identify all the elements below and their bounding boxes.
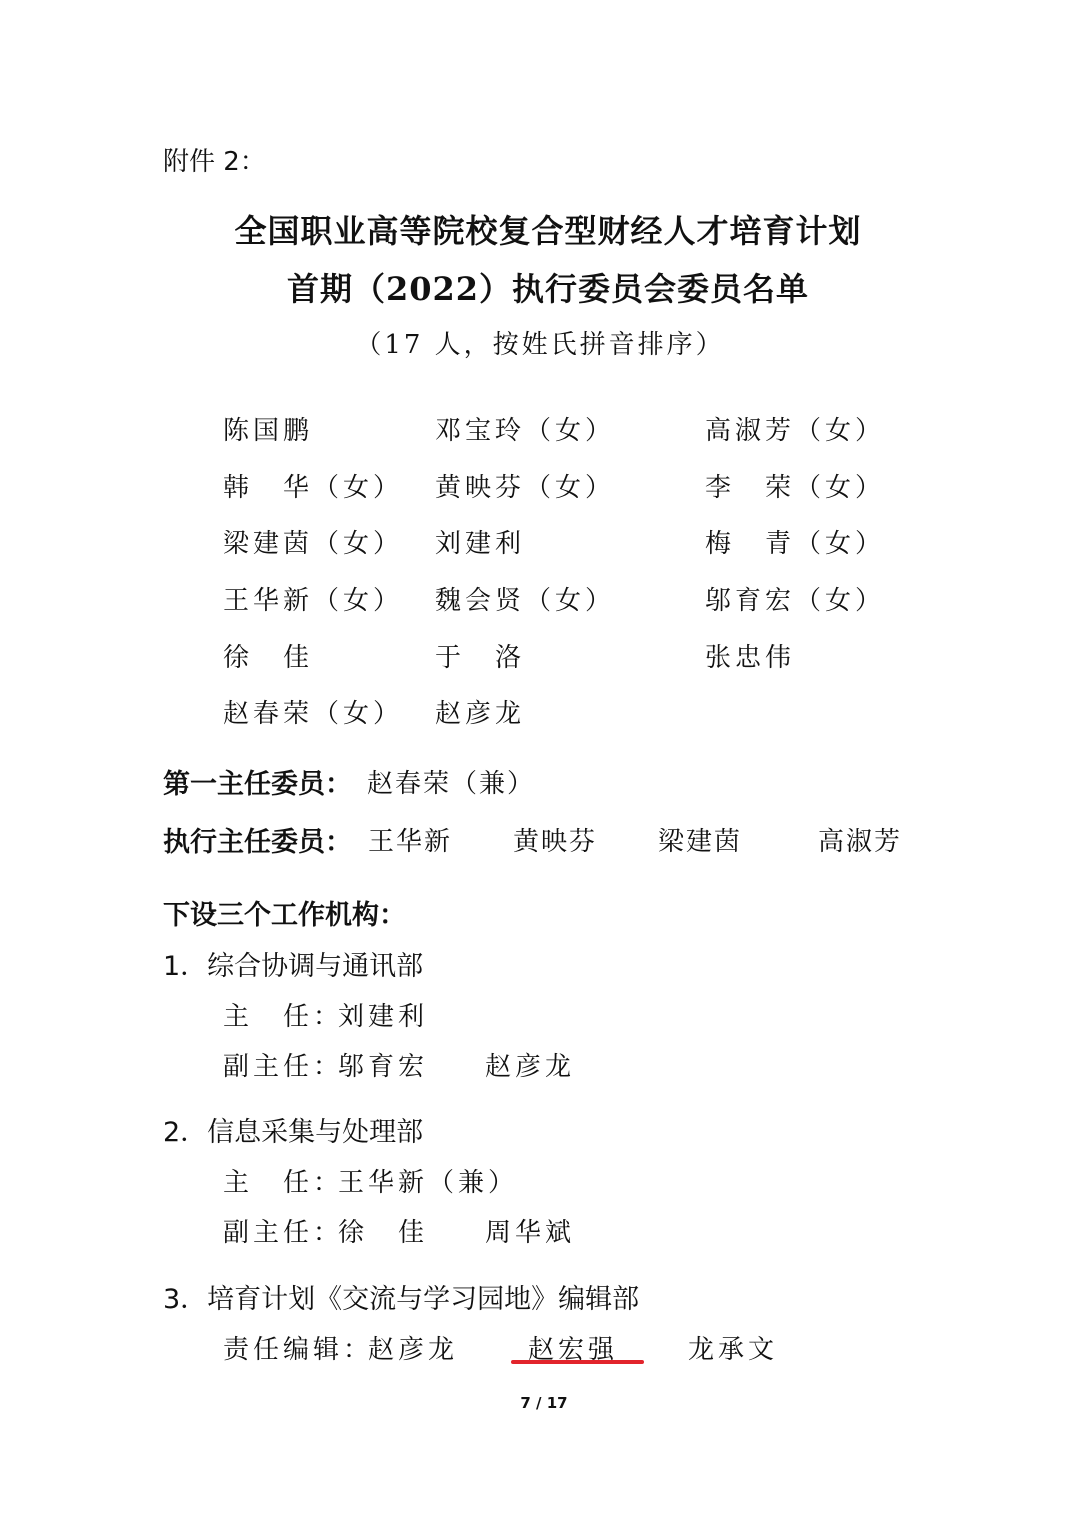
member-name: 梁建茵（女） — [223, 523, 403, 560]
director-label: 主 任： — [223, 1162, 343, 1199]
department-title: 1．综合协调与通讯部 — [163, 944, 423, 983]
document-title-line1: 全国职业高等院校复合型财经人才培育计划 — [0, 206, 1080, 252]
exec-chair-label: 执行主任委员： — [163, 820, 352, 859]
member-name: 徐 佳 — [223, 637, 313, 674]
document-title-line2: 首期（2022）执行委员会委员名单 — [0, 264, 1080, 310]
deputy-name: 周华斌 — [485, 1212, 575, 1249]
member-name: 邓宝玲（女） — [435, 410, 615, 447]
red-underline-annotation — [511, 1360, 644, 1364]
director-name: 王华新（兼） — [338, 1162, 518, 1199]
first-chair-value: 赵春荣（兼） — [367, 763, 535, 800]
member-name: 赵彦龙 — [435, 693, 525, 730]
editor-name: 赵彦龙 — [368, 1329, 458, 1366]
deputy-name: 徐 佳 — [338, 1212, 428, 1249]
first-chair-label: 第一主任委员： — [163, 762, 352, 801]
member-name: 陈国鹏 — [223, 410, 313, 447]
page-indicator: 7 / 17 — [0, 1394, 1080, 1412]
deputy-label: 副主任： — [223, 1046, 343, 1083]
member-name: 魏会贤（女） — [435, 580, 615, 617]
member-name: 张忠伟 — [705, 637, 795, 674]
exec-chair-name: 王华新 — [368, 821, 452, 858]
member-name: 黄映芬（女） — [435, 467, 615, 504]
member-name: 刘建利 — [435, 523, 525, 560]
member-name: 李 荣（女） — [705, 467, 885, 504]
department-title: 3．培育计划《交流与学习园地》编辑部 — [163, 1277, 639, 1316]
member-name: 邬育宏（女） — [705, 580, 885, 617]
exec-chair-name: 高淑芳 — [818, 821, 902, 858]
director-label: 主 任： — [223, 996, 343, 1033]
deputy-name: 邬育宏 — [338, 1046, 428, 1083]
member-name: 于 洛 — [435, 637, 525, 674]
document-subtitle: （17 人，按姓氏拼音排序） — [0, 324, 1080, 361]
editor-label: 责任编辑： — [223, 1329, 373, 1366]
member-name: 梅 青（女） — [705, 523, 885, 560]
orgs-heading: 下设三个工作机构： — [163, 893, 406, 932]
member-name: 王华新（女） — [223, 580, 403, 617]
director-name: 刘建利 — [338, 996, 428, 1033]
exec-chair-name: 黄映芬 — [513, 821, 597, 858]
member-name: 韩 华（女） — [223, 467, 403, 504]
editor-name: 龙承文 — [688, 1329, 778, 1366]
member-name: 高淑芳（女） — [705, 410, 885, 447]
department-title: 2．信息采集与处理部 — [163, 1110, 423, 1149]
deputy-label: 副主任： — [223, 1212, 343, 1249]
deputy-name: 赵彦龙 — [485, 1046, 575, 1083]
attachment-label: 附件 2： — [163, 141, 266, 178]
member-name: 赵春荣（女） — [223, 693, 403, 730]
exec-chair-name: 梁建茵 — [658, 821, 742, 858]
